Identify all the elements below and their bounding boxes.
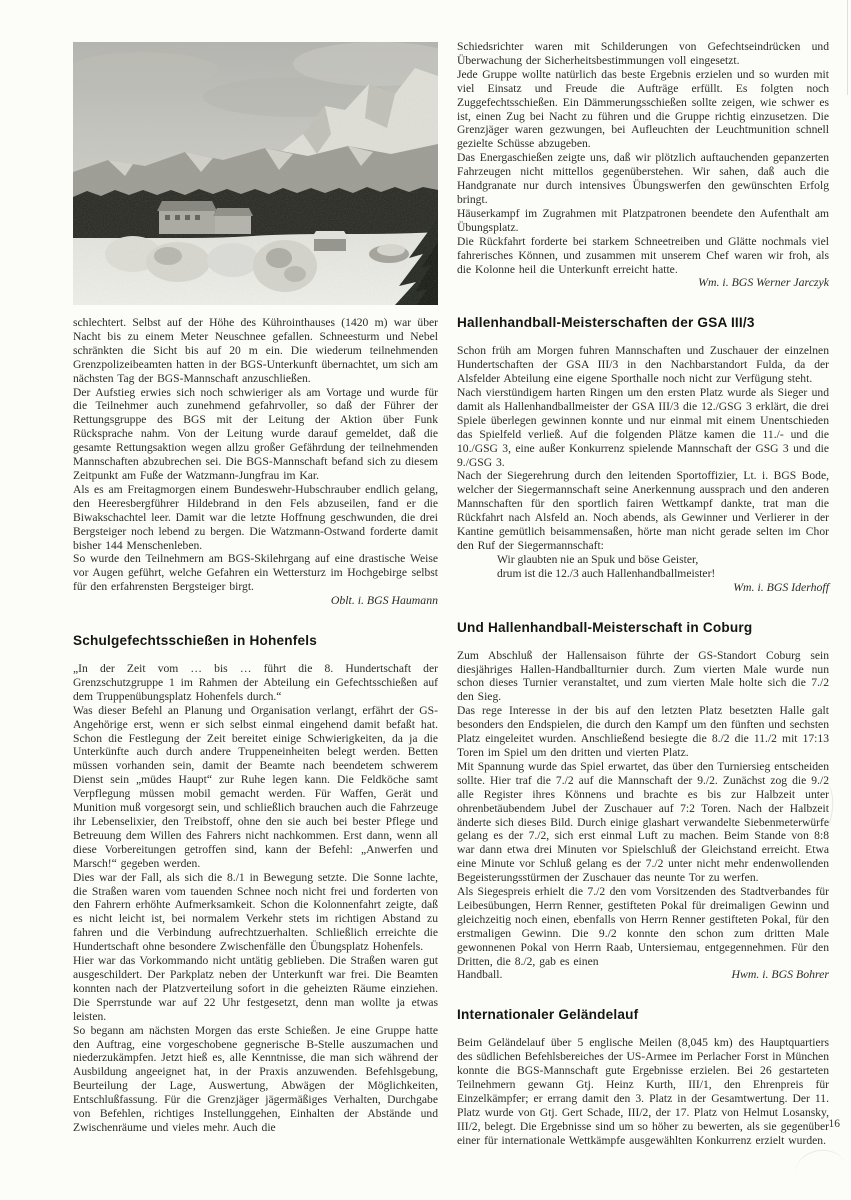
article-paragraph: Als Siegespreis erhielt die 7./2 den vom… bbox=[457, 885, 829, 968]
article-paragraph: Häuserkampf im Zugrahmen mit Platzpatron… bbox=[457, 207, 829, 235]
article-paragraph: So wurde den Teilnehmern am BGS-Skilehrg… bbox=[73, 552, 438, 594]
article-paragraph: Schon früh am Morgen fuhren Mannschaften… bbox=[457, 344, 829, 386]
article-paragraph: schlechtert. Selbst auf der Höhe des Küh… bbox=[73, 316, 438, 386]
article-paragraph: Als es am Freitagmorgen einem Bundeswehr… bbox=[73, 483, 438, 553]
winter-mountain-photo-graphic bbox=[73, 42, 438, 305]
article-paragraph: Jede Gruppe wollte natürlich das beste E… bbox=[457, 68, 829, 151]
winter-mountain-photo bbox=[73, 42, 438, 305]
signature-iderhoff: Wm. i. BGS Iderhoff bbox=[457, 581, 829, 595]
verse-line: drum ist die 12./3 auch Hallenhandballme… bbox=[457, 567, 829, 581]
heading-hallenhandball-coburg: Und Hallenhandball-Meisterschaft in Cobu… bbox=[457, 620, 829, 636]
article-paragraph: Dies war der Fall, als sich die 8./1 in … bbox=[73, 871, 438, 954]
article-paragraph: Mit Spannung wurde das Spiel erwartet, d… bbox=[457, 760, 829, 885]
article-paragraph: Der Aufstieg erwies sich noch schwierige… bbox=[73, 386, 438, 483]
article-paragraph: So begann am nächsten Morgen das erste S… bbox=[73, 1024, 438, 1135]
heading-schulgefechtsschiessen-hohenfels: Schulgefechtsschießen in Hohenfels bbox=[73, 633, 438, 649]
heading-hallenhandball-gsa: Hallenhandball-Meisterschaften der GSA I… bbox=[457, 315, 829, 331]
heading-internationaler-gelaendelauf: Internationaler Geländelauf bbox=[457, 1007, 829, 1023]
article-paragraph: Die Rückfahrt forderte bei starkem Schne… bbox=[457, 235, 829, 277]
page-curl-artifact bbox=[792, 1146, 851, 1197]
article-paragraph: Schiedsrichter waren mit Schilderungen v… bbox=[457, 40, 829, 68]
right-column: Schiedsrichter waren mit Schilderungen v… bbox=[457, 40, 829, 1148]
article-paragraph: Das Energaschießen zeigte uns, daß wir p… bbox=[457, 151, 829, 207]
page-number: 16 bbox=[829, 1118, 841, 1130]
article-paragraph: Das rege Interesse in der bis auf den le… bbox=[457, 704, 829, 760]
article-paragraph: Was dieser Befehl an Planung und Organis… bbox=[73, 704, 438, 871]
article-paragraph: Nach der Siegerehrung durch den leitende… bbox=[457, 469, 829, 552]
article-paragraph: Nach vierstündigem harten Ringen um den … bbox=[457, 386, 829, 469]
signature-jarczyk: Wm. i. BGS Werner Jarczyk bbox=[457, 276, 829, 290]
page-edge-artifact bbox=[803, 779, 836, 838]
paragraph-end-with-signature: Handball. Hwm. i. BGS Bohrer bbox=[457, 968, 829, 982]
scan-edge-artifact bbox=[847, 0, 848, 95]
article-paragraph-last-word: Handball. bbox=[457, 968, 502, 982]
article-paragraph: „In der Zeit vom … bis … führt die 8. Hu… bbox=[73, 662, 438, 704]
article-paragraph: Hier war das Vorkommando nicht untätig g… bbox=[73, 954, 438, 1024]
verse-line: Wir glaubten nie an Spuk und böse Geiste… bbox=[457, 553, 829, 567]
article-paragraph: Beim Geländelauf über 5 englische Meilen… bbox=[457, 1036, 829, 1147]
left-column: schlechtert. Selbst auf der Höhe des Küh… bbox=[73, 42, 438, 1135]
magazine-page: schlechtert. Selbst auf der Höhe des Küh… bbox=[0, 0, 851, 1200]
article-paragraph: Zum Abschluß der Hallensaison führte der… bbox=[457, 649, 829, 705]
signature-bohrer: Hwm. i. BGS Bohrer bbox=[731, 968, 829, 982]
signature-haumann: Oblt. i. BGS Haumann bbox=[73, 594, 438, 608]
